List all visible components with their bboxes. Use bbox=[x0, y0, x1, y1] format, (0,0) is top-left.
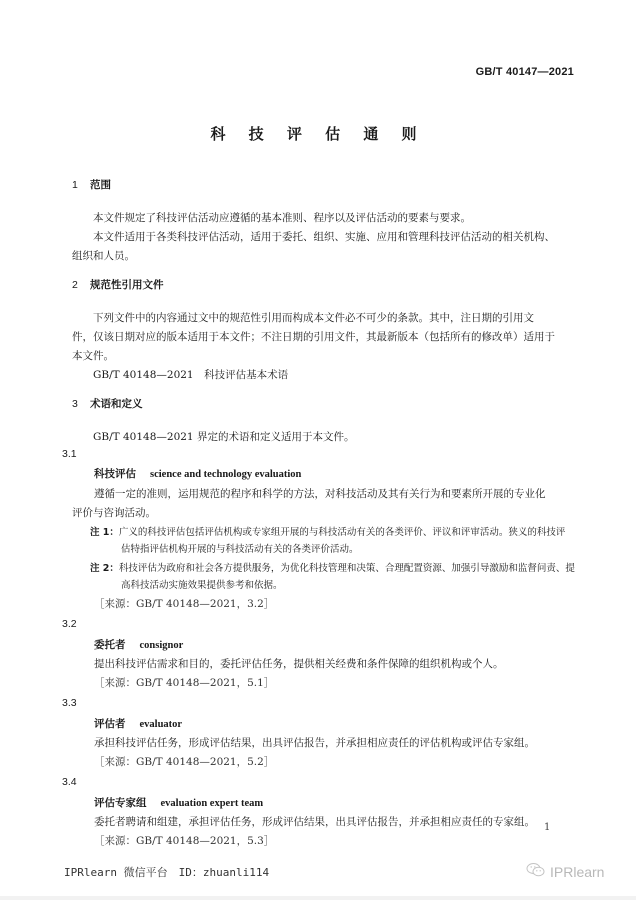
note-text: 广义的科技评估包括评估机构或专家组开展的与科技活动有关的各类评价、评议和评审活动… bbox=[119, 527, 566, 538]
note-label: 注 2： bbox=[90, 563, 119, 574]
term-chinese: 委托者 bbox=[94, 639, 126, 651]
paragraph-continuation: 本文件。 bbox=[72, 348, 114, 363]
note-1-continuation: 估特指评估机构开展的与科技活动有关的各类评价活动。 bbox=[121, 541, 359, 555]
platform-info: IPRlearn 微信平台 ID：zhuanli114 bbox=[64, 864, 269, 880]
term-source: ［来源：GB/T 40148—2021，3.2］ bbox=[94, 596, 274, 611]
normative-reference: GB/T 40148—2021 科技评估基本术语 bbox=[93, 367, 288, 382]
term-english: evaluator bbox=[140, 719, 183, 730]
term-definition: 承担科技评估任务，形成评估结果，出具评估报告，并承担相应责任的评估机构或评估专家… bbox=[94, 735, 535, 750]
section-2-heading: 2规范性引用文件 bbox=[72, 277, 164, 292]
section-title: 范围 bbox=[90, 179, 111, 191]
section-3-heading: 3术语和定义 bbox=[72, 396, 143, 411]
section-1-heading: 1范围 bbox=[72, 177, 111, 192]
term-entry: 评估者evaluator bbox=[94, 716, 182, 731]
paragraph-continuation: 件，仅该日期对应的版本适用于本文件；不注日期的引用文件，其最新版本（包括所有的修… bbox=[72, 329, 555, 344]
term-definition: 遵循一定的准则，运用规范的程序和科学的方法，对科技活动及其有关行为和要素所开展的… bbox=[94, 486, 546, 501]
note-text: 科技评估为政府和社会各方提供服务，为优化科技管理和决策、合理配置资源、加强引导激… bbox=[119, 563, 575, 574]
term-source: ［来源：GB/T 40148—2021，5.2］ bbox=[94, 754, 274, 769]
standard-number: GB/T 40147—2021 bbox=[476, 66, 574, 78]
term-source: ［来源：GB/T 40148—2021，5.1］ bbox=[94, 675, 274, 690]
term-definition-continuation: 评价与咨询活动。 bbox=[72, 505, 156, 520]
term-entry: 科技评估science and technology evaluation bbox=[94, 466, 301, 481]
note-label: 注 1： bbox=[90, 527, 119, 538]
term-english: evaluation expert team bbox=[161, 798, 264, 809]
section-number: 3 bbox=[72, 398, 90, 410]
section-title: 规范性引用文件 bbox=[90, 279, 164, 291]
clause-number: 3.4 bbox=[62, 776, 77, 788]
paragraph: GB/T 40148—2021 界定的术语和定义适用于本文件。 bbox=[93, 429, 354, 444]
term-english: science and technology evaluation bbox=[150, 469, 301, 480]
document-title: 科 技 评 估 通 则 bbox=[0, 123, 636, 144]
term-definition: 提出科技评估需求和目的，委托评估任务，提供相关经费和条件保障的组织机构或个人。 bbox=[94, 656, 504, 671]
section-title: 术语和定义 bbox=[90, 398, 143, 410]
bottom-border bbox=[0, 896, 636, 900]
term-entry: 评估专家组evaluation expert team bbox=[94, 795, 263, 810]
clause-number: 3.1 bbox=[62, 448, 77, 460]
clause-number: 3.2 bbox=[62, 618, 77, 630]
note-2-continuation: 高科技活动实施效果提供参考和依据。 bbox=[121, 577, 283, 591]
wechat-icon bbox=[526, 862, 546, 881]
paragraph-continuation: 组织和人员。 bbox=[72, 248, 135, 263]
paragraph: 下列文件中的内容通过文中的规范性引用而构成本文件必不可少的条款。其中，注日期的引… bbox=[93, 310, 534, 325]
paragraph: 本文件适用于各类科技评估活动，适用于委托、组织、实施、应用和管理科技评估活动的相… bbox=[93, 229, 555, 244]
note-2: 注 2：科技评估为政府和社会各方提供服务，为优化科技管理和决策、合理配置资源、加… bbox=[90, 560, 575, 574]
watermark-text: IPRlearn bbox=[550, 864, 604, 880]
term-definition: 委托者聘请和组建，承担评估任务，形成评估结果，出具评估报告，并承担相应责任的专家… bbox=[94, 814, 535, 829]
section-number: 2 bbox=[72, 279, 90, 291]
term-english: consignor bbox=[140, 640, 184, 651]
paragraph: 本文件规定了科技评估活动应遵循的基本准则、程序以及评估活动的要素与要求。 bbox=[93, 210, 471, 225]
term-chinese: 评估者 bbox=[94, 718, 126, 730]
note-1: 注 1：广义的科技评估包括评估机构或专家组开展的与科技活动有关的各类评价、评议和… bbox=[90, 524, 565, 538]
clause-number: 3.3 bbox=[62, 697, 77, 709]
section-number: 1 bbox=[72, 179, 90, 191]
term-chinese: 科技评估 bbox=[94, 468, 136, 480]
term-source: ［来源：GB/T 40148—2021，5.3］ bbox=[94, 833, 274, 848]
term-entry: 委托者consignor bbox=[94, 637, 183, 652]
term-chinese: 评估专家组 bbox=[94, 797, 147, 809]
watermark: IPRlearn bbox=[526, 862, 604, 881]
page-number: 1 bbox=[544, 822, 550, 833]
